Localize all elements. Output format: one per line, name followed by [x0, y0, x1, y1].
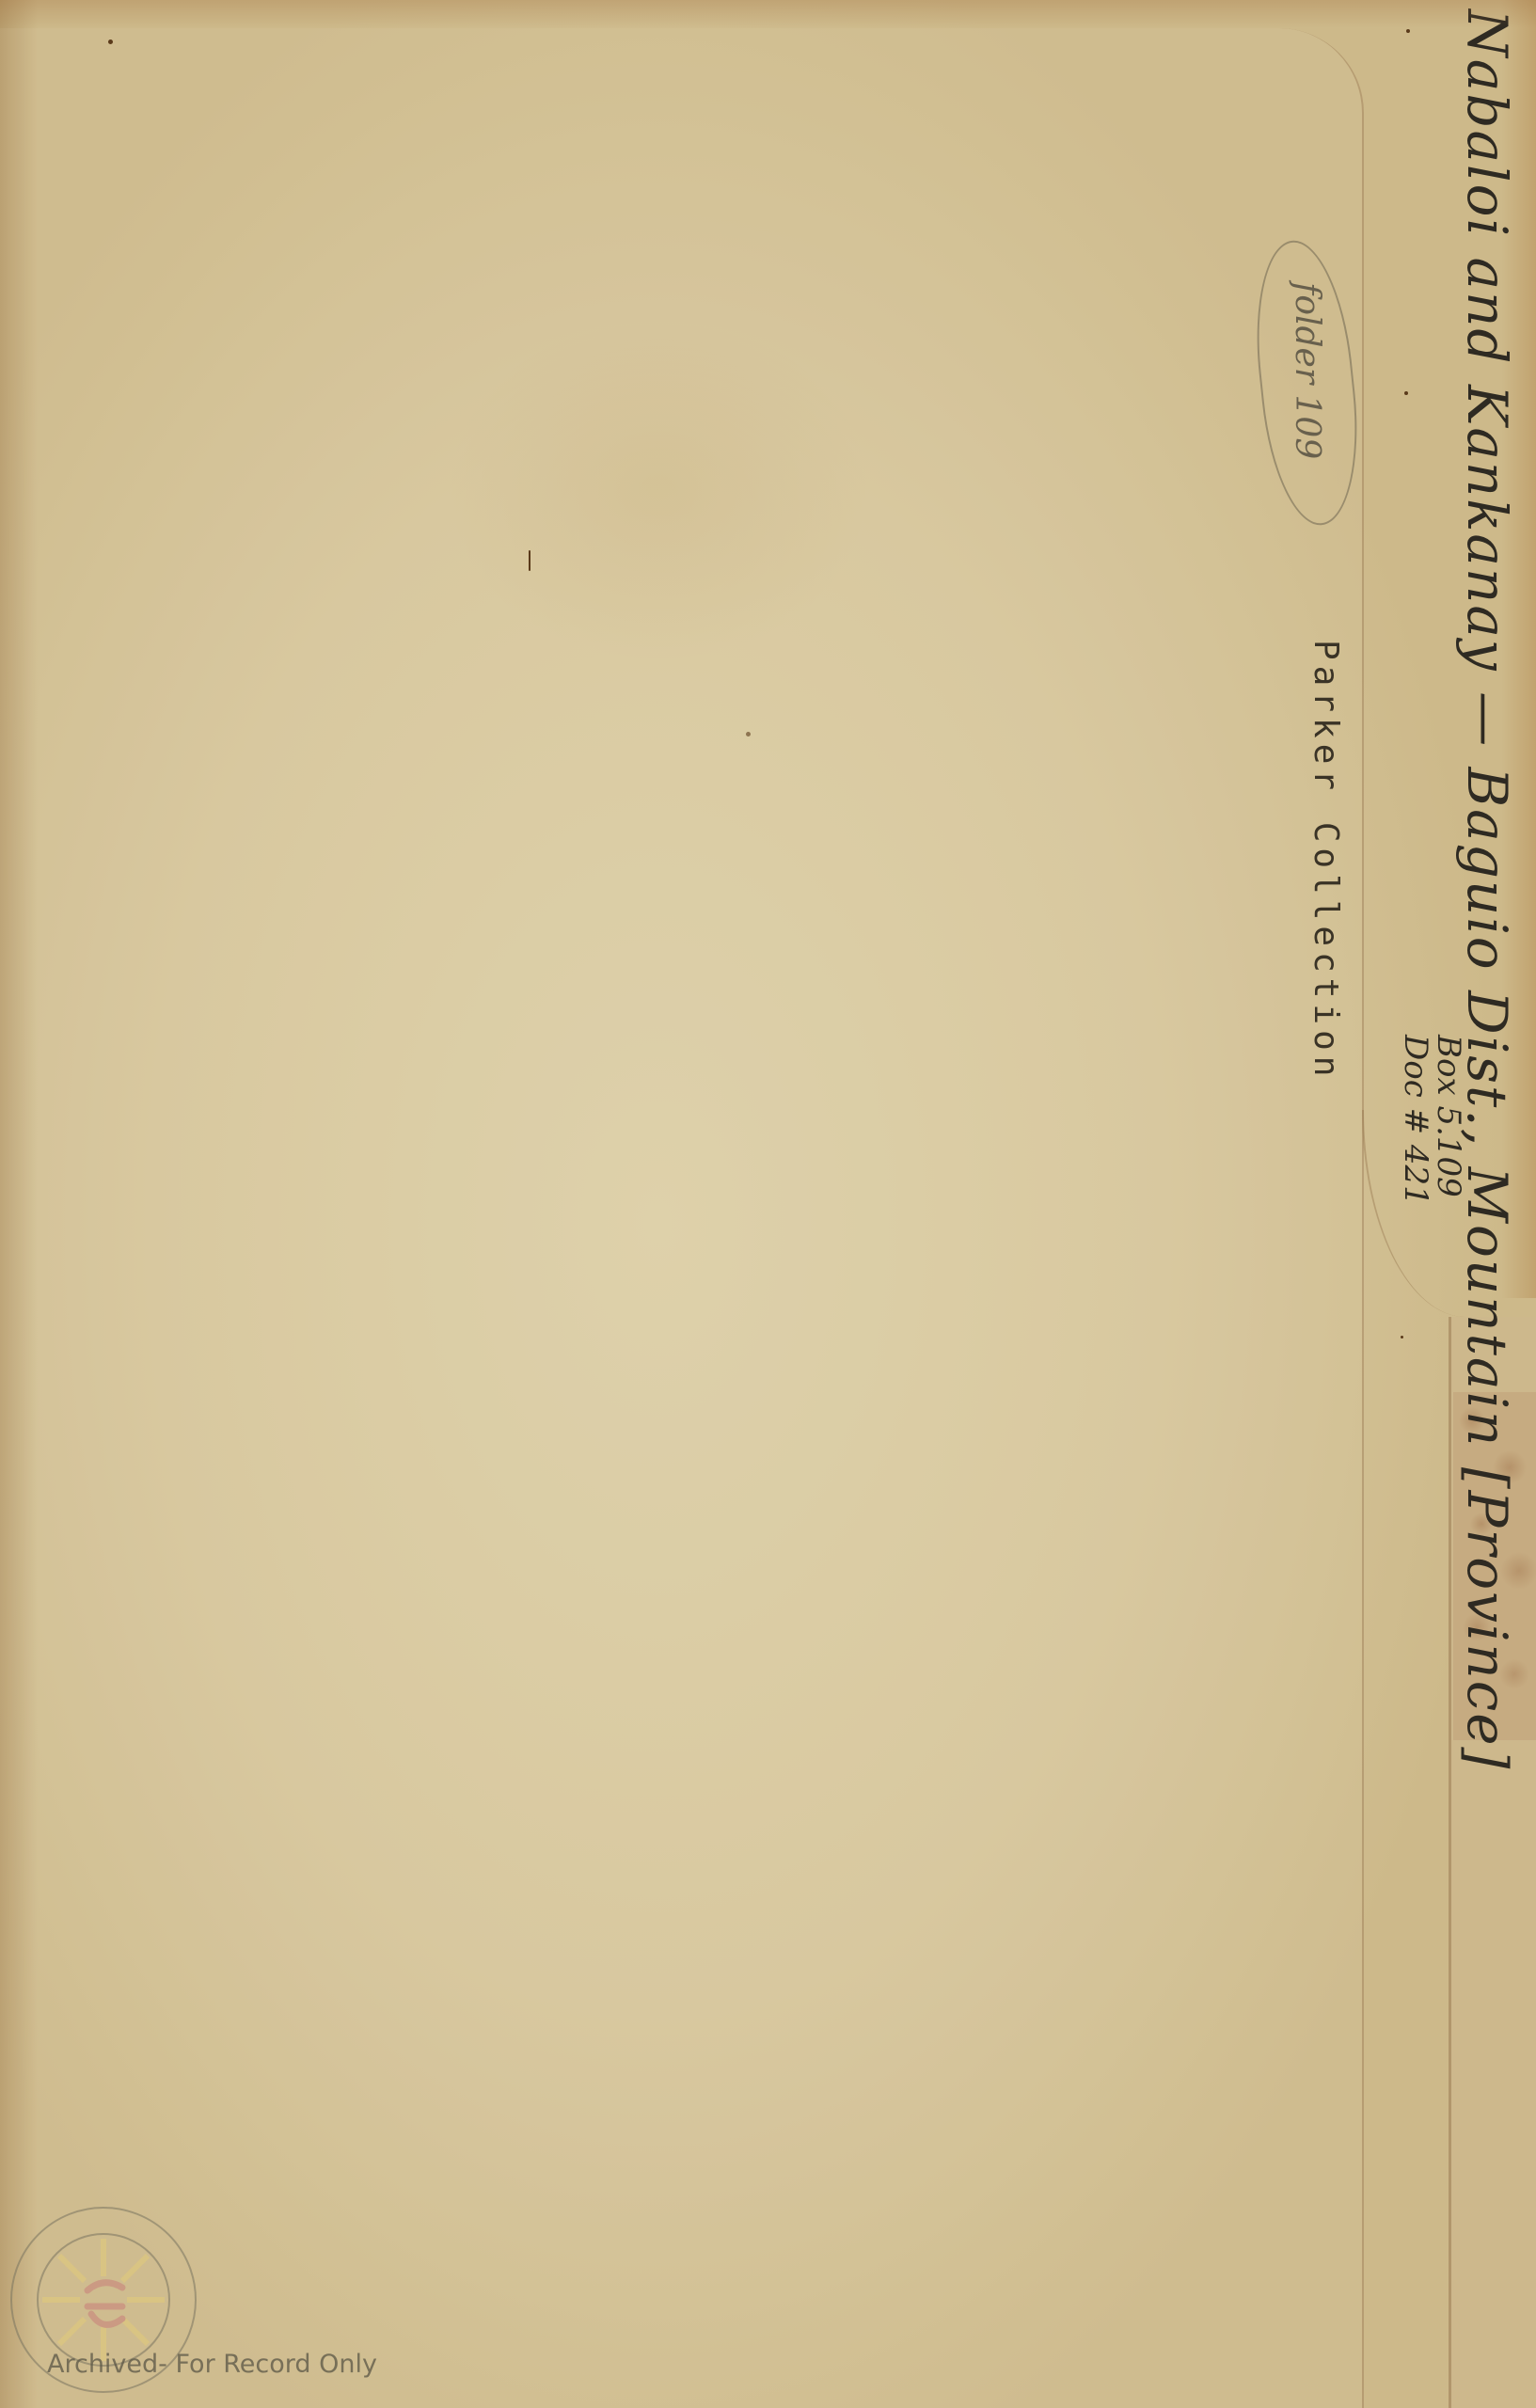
- tab-title-handwriting: Nabaloi and Kankanay — Baguio Dist., Mou…: [1455, 9, 1519, 1770]
- speck: [746, 732, 751, 737]
- archive-watermark-text: Archived- For Record Only: [47, 2350, 377, 2379]
- speck: [1404, 391, 1408, 395]
- folder-front-panel: [0, 28, 1364, 2408]
- document-page: Nabaloi and Kankanay — Baguio Dist., Mou…: [0, 0, 1536, 2408]
- collection-label: Parker Collection: [1306, 640, 1345, 1082]
- folder-note: folder 109: [1288, 282, 1326, 459]
- box-number-label: Box 5.109: [1430, 1035, 1467, 1197]
- doc-number-label: Doc # 421: [1397, 1035, 1434, 1206]
- speck: [1406, 29, 1410, 33]
- speck: [529, 550, 530, 571]
- speck: [108, 40, 113, 44]
- speck: [1401, 1336, 1403, 1339]
